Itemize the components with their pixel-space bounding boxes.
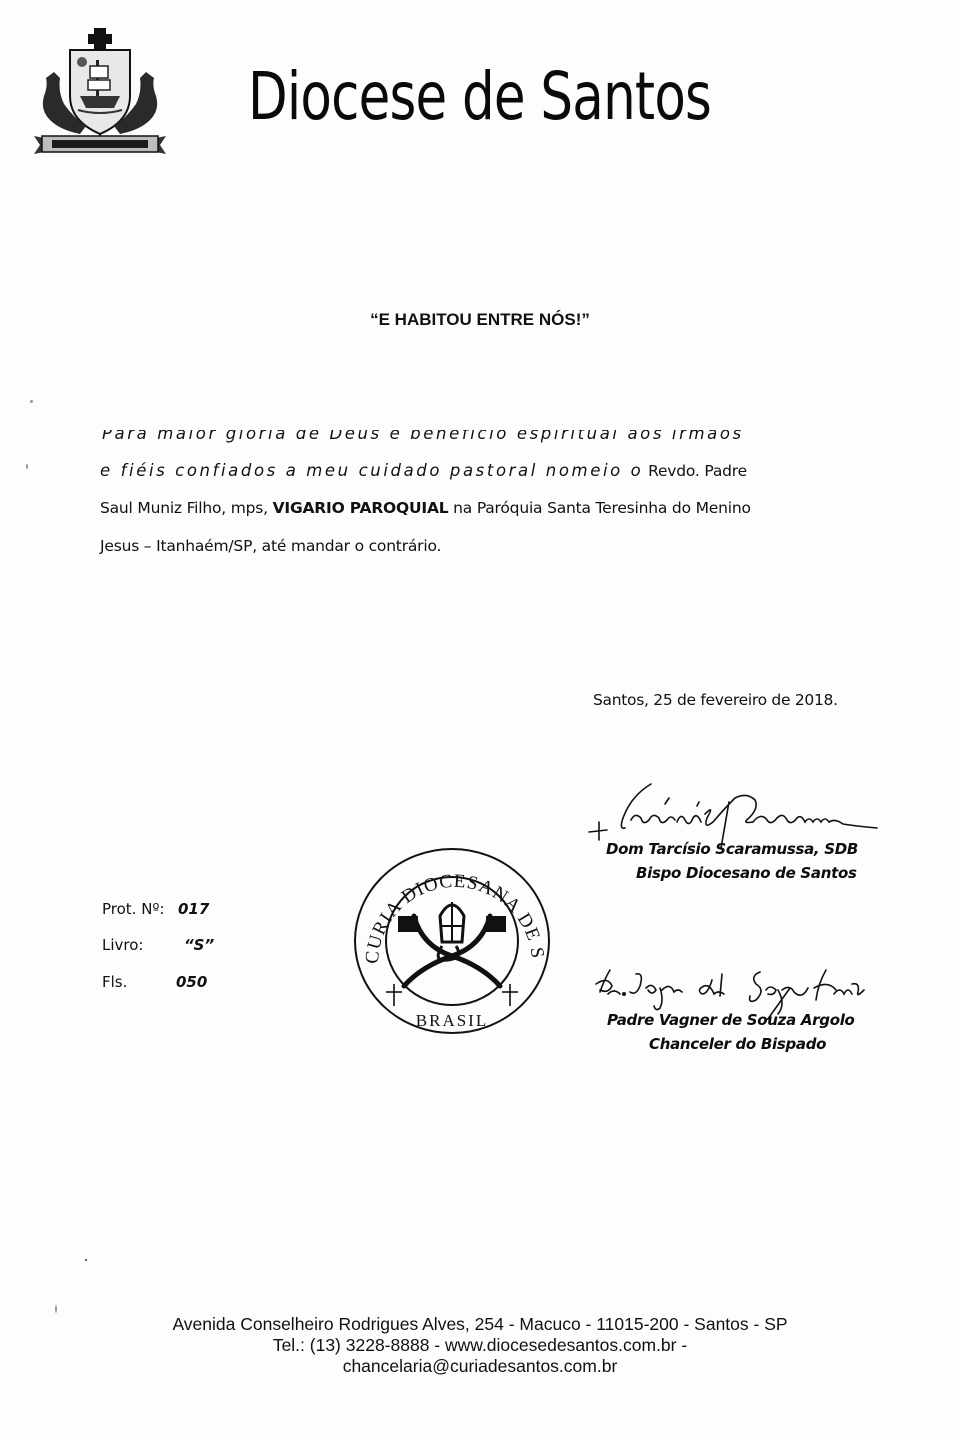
book-number: Livro: “S” (102, 936, 143, 954)
curia-seal-icon: CURIA DIOCESANA DE SANTOS BRASIL (352, 846, 552, 1036)
footer-phone-website: Tel.: (13) 3228-8888 - www.diocesedesant… (0, 1335, 960, 1356)
footer-contact: Avenida Conselheiro Rodrigues Alves, 254… (0, 1314, 960, 1377)
sheet-label: Fls. (102, 973, 127, 991)
protocol-label: Prot. Nº: (102, 900, 165, 918)
bishop-signature-icon (585, 778, 885, 848)
motto-heading: “E HABITOU ENTRE NÓS!” (0, 310, 960, 330)
body-line-3-pre: Saul Muniz Filho, mps, (100, 499, 273, 517)
book-value: “S” (184, 936, 214, 954)
scan-speck (85, 1259, 87, 1261)
document-date: Santos, 25 de fevereiro de 2018. (593, 691, 838, 709)
scan-speck (30, 400, 33, 403)
footer-email: chancelaria@curiadesantos.com.br (0, 1356, 960, 1377)
bishop-name: Dom Tarcísio Scaramussa, SDB (606, 840, 858, 858)
scan-speck (55, 1305, 57, 1313)
bishop-role: Bispo Diocesano de Santos (636, 864, 857, 882)
coat-of-arms-icon (30, 26, 170, 156)
body-line-3-post: na Paróquia Santa Teresinha do Menino (448, 499, 750, 517)
body-line-2-regular: Revdo. Padre (643, 462, 747, 480)
protocol-value: 017 (178, 900, 209, 918)
document-page: Diocese de Santos “E HABITOU ENTRE NÓS!”… (0, 0, 960, 1440)
protocol-number: Prot. Nº: 017 (102, 900, 165, 918)
book-label: Livro: (102, 936, 143, 954)
scan-speck (26, 464, 28, 469)
sheet-number: Fls. 050 (102, 973, 127, 991)
chancellor-name: Padre Vagner de Souza Argolo (607, 1011, 855, 1029)
body-line-3: Saul Muniz Filho, mps, VIGARIO PAROQUIAL… (100, 499, 751, 517)
chancellor-role: Chanceler do Bispado (649, 1035, 826, 1053)
body-line-2: e fiéis confiados a meu cuidado pastoral… (100, 461, 747, 481)
body-line-4: Jesus – Itanhaém/SP, até mandar o contrá… (100, 537, 441, 555)
footer-address: Avenida Conselheiro Rodrigues Alves, 254… (0, 1314, 960, 1335)
seal-bottom-text: BRASIL (416, 1011, 488, 1030)
body-line-1: Para maior glória de Deus e benefício es… (102, 424, 744, 443)
diocese-title: Diocese de Santos (248, 58, 711, 135)
body-line-2-italic: e fiéis confiados a meu cuidado pastoral… (100, 461, 643, 480)
appointment-title: VIGARIO PAROQUIAL (273, 499, 449, 517)
sheet-value: 050 (176, 973, 207, 991)
